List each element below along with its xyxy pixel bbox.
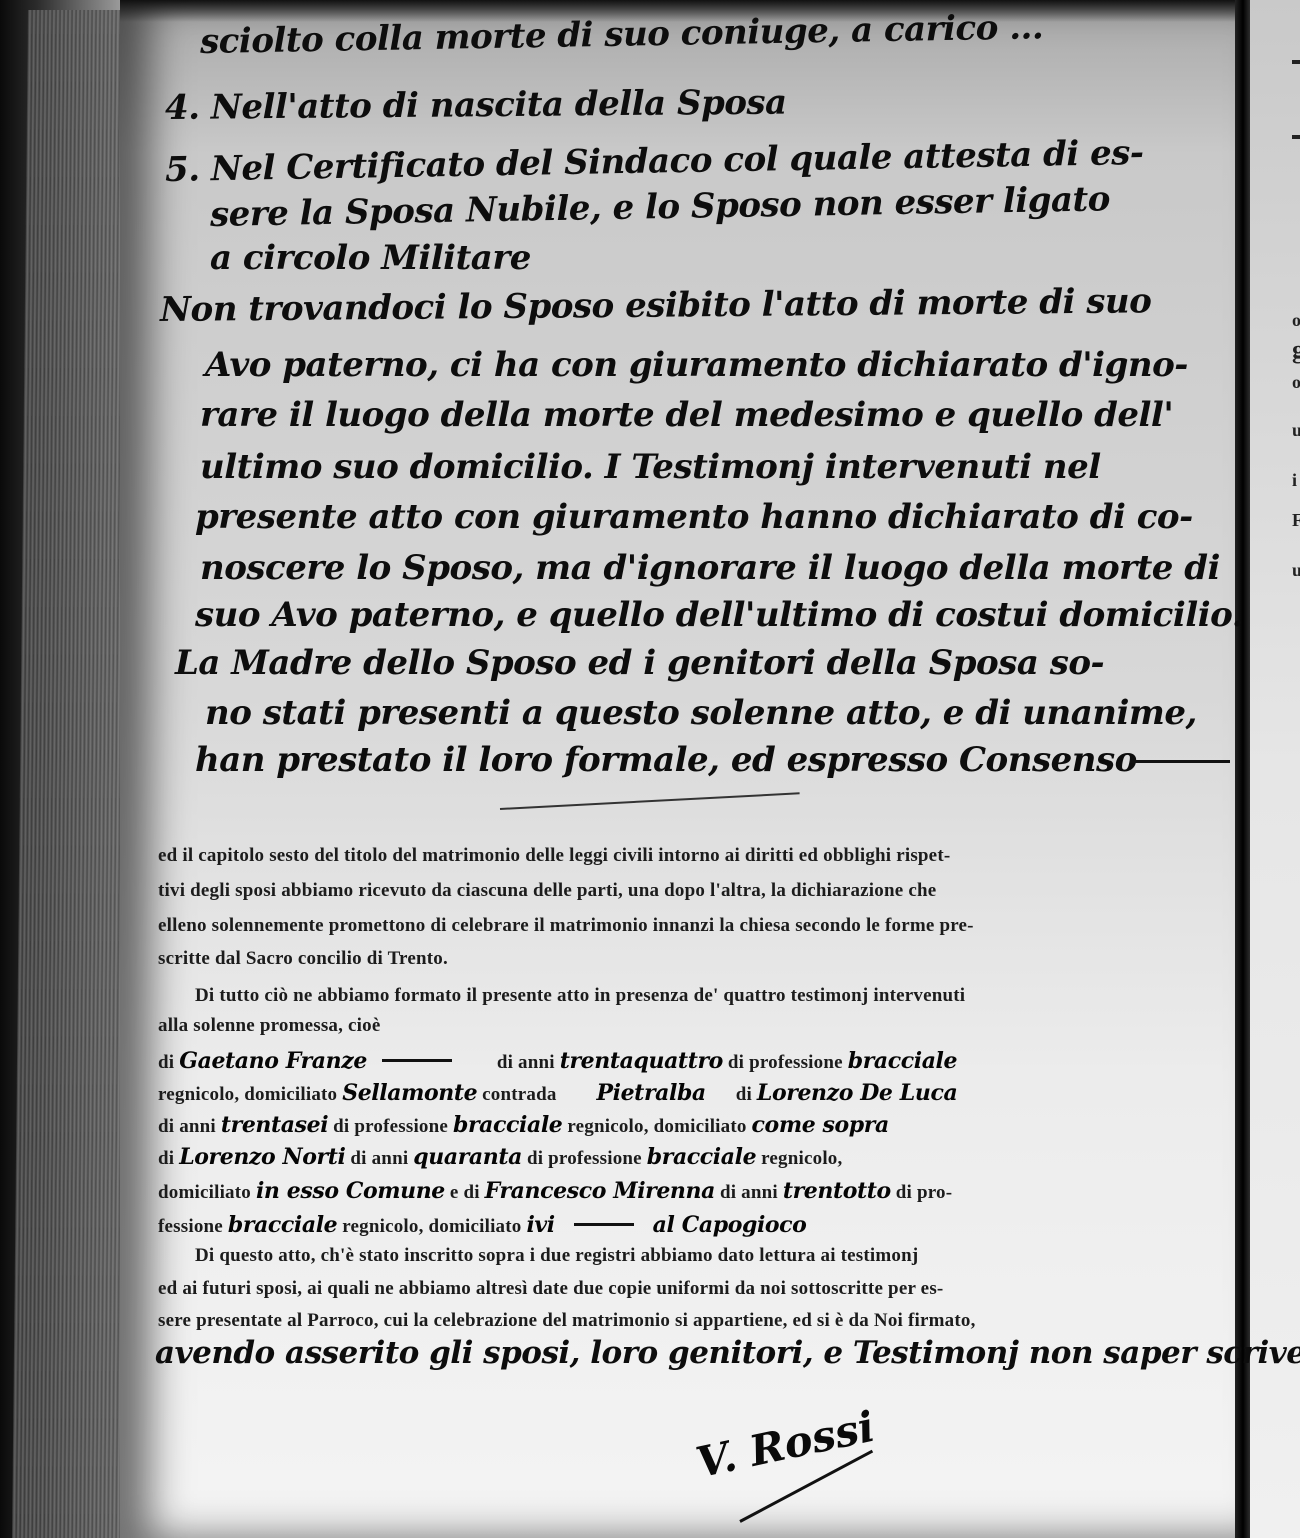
handwritten-line: han prestato il loro formale, ed espress… xyxy=(195,740,1137,780)
witness-profession: bracciale xyxy=(848,1048,957,1074)
facing-page-text: oc xyxy=(1292,310,1300,331)
printed-line: tivi degli sposi abbiamo ricevuto da cia… xyxy=(158,880,936,902)
handwritten-line: noscere lo Sposo, ma d'ignorare il luogo… xyxy=(200,548,1220,588)
printed-line: ed il capitolo sesto del titolo del matr… xyxy=(158,845,950,867)
handwritten-line: presente atto con giuramento hanno dichi… xyxy=(195,497,1193,537)
witness-residence: Sellamonte xyxy=(342,1080,477,1106)
printed-line: scritte dal Sacro concilio di Trento. xyxy=(158,948,448,970)
witness-row-1: di Gaetano Franze di anni trentaquattro … xyxy=(158,1048,957,1074)
facing-page-text: o xyxy=(1292,372,1300,393)
witness-profession: bracciale xyxy=(647,1144,756,1170)
handwritten-line: Avo paterno, ci ha con giuramento dichia… xyxy=(205,345,1188,385)
witness-age: quaranta xyxy=(413,1144,522,1170)
witness-contrada: Pietralba xyxy=(596,1080,705,1106)
book-gutter xyxy=(1235,0,1251,1538)
handwritten-line: ultimo suo domicilio. I Testimonj interv… xyxy=(200,447,1101,487)
printed-line: alla solenne promessa, cioè xyxy=(158,1015,380,1037)
witness-name: Lorenzo Norti xyxy=(179,1144,345,1170)
witness-residence: ivi xyxy=(526,1212,554,1238)
handwritten-line: rare il luogo della morte del medesimo e… xyxy=(200,395,1173,435)
facing-page-text: F xyxy=(1292,510,1300,531)
witness-residence: in esso Comune xyxy=(256,1178,445,1204)
facing-page-text: g xyxy=(1292,335,1300,365)
printed-line: ed ai futuri sposi, ai quali ne abbiamo … xyxy=(158,1278,943,1300)
facing-page-text: i xyxy=(1292,470,1297,491)
printed-line: elleno solennemente promettono di celebr… xyxy=(158,915,974,937)
witness-location: al Capogioco xyxy=(653,1212,807,1238)
line-fill-dash xyxy=(574,1223,634,1226)
witness-name: Lorenzo De Luca xyxy=(757,1080,957,1106)
witness-profession: bracciale xyxy=(453,1112,562,1138)
witness-row-3: di anni trentasei di professione braccia… xyxy=(158,1112,889,1138)
witness-name: Francesco Mirenna xyxy=(485,1178,715,1204)
witness-profession: bracciale xyxy=(228,1212,337,1238)
witness-row-6: fessione bracciale regnicolo, domiciliat… xyxy=(158,1212,806,1238)
witness-name: Gaetano Franze xyxy=(179,1048,367,1074)
handwritten-line: no stati presenti a questo solenne atto,… xyxy=(205,693,1197,733)
witness-row-4: di Lorenzo Norti di anni quaranta di pro… xyxy=(158,1144,842,1170)
facing-page: oc g o u i F u xyxy=(1250,0,1300,1538)
witness-residence: come sopra xyxy=(752,1112,889,1138)
handwritten-line: suo Avo paterno, e quello dell'ultimo di… xyxy=(195,595,1243,635)
witness-row-2: regnicolo, domiciliato Sellamonte contra… xyxy=(158,1080,957,1106)
handwritten-line: 4. Nell'atto di nascita della Sposa xyxy=(165,83,787,128)
handwritten-line: avendo asserito gli sposi, loro genitori… xyxy=(155,1335,1300,1371)
handwritten-line: La Madre dello Sposo ed i genitori della… xyxy=(175,643,1104,683)
facing-page-text: u xyxy=(1292,420,1300,441)
witness-age: trentaquattro xyxy=(560,1048,723,1074)
facing-page-mark xyxy=(1292,135,1300,139)
witness-row-5: domiciliato in esso Comune e di Francesc… xyxy=(158,1178,952,1204)
facing-page-mark xyxy=(1292,60,1300,64)
handwritten-line: a circolo Militare xyxy=(210,238,531,278)
facing-page-text: u xyxy=(1292,560,1300,581)
printed-line: sere presentate al Parroco, cui la celeb… xyxy=(158,1310,976,1332)
witness-age: trentasei xyxy=(221,1112,328,1138)
line-fill-dash xyxy=(382,1059,452,1062)
printed-line: Di questo atto, ch'è stato inscritto sop… xyxy=(195,1245,918,1267)
witness-age: trentotto xyxy=(783,1178,891,1204)
printed-line: Di tutto ciò ne abbiamo formato il prese… xyxy=(195,985,965,1007)
line-fill-dash xyxy=(1130,760,1230,763)
